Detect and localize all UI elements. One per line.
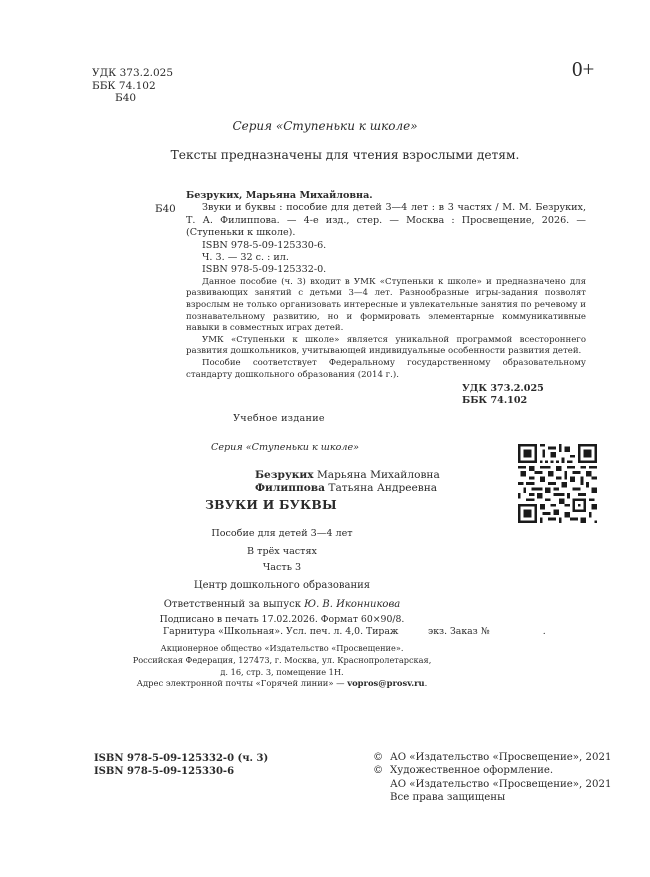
bibliographic-codes: УДК 373.2.025 ББК 74.102 <box>462 383 544 407</box>
parts-count: В трёх частях <box>0 546 650 557</box>
part-pages: Ч. 3. — 32 с. : ил. <box>186 252 586 264</box>
publisher-address: Акционерное общество «Издательство «Прос… <box>0 642 650 678</box>
isbn-line: ISBN 978-5-09-125330-6 <box>94 765 268 778</box>
responsible-editor: Ответственный за выпуск Ю. В. Иконникова <box>0 599 650 610</box>
qr-code-icon[interactable] <box>518 444 597 523</box>
typeface-info: Гарнитура «Школьная». Усл. печ. л. 4,0. … <box>163 626 546 637</box>
isbn-line: ISBN 978-5-09-125332-0 (ч. 3) <box>94 752 268 765</box>
print-signed: Подписано в печать 17.02.2026. Формат 60… <box>0 614 650 625</box>
hotline-email: Адрес электронной почты «Горячей линии» … <box>0 678 650 688</box>
edition-type: Учебное издание <box>0 413 650 424</box>
bbk-code: ББК 74.102 <box>462 395 544 407</box>
udk-code: УДК 373.2.025 <box>462 383 544 395</box>
email-link[interactable]: vopros@prosv.ru <box>347 678 424 688</box>
audience-note: Тексты предназначены для чтения взрослым… <box>0 148 650 162</box>
author-mark: Б40 <box>92 92 173 105</box>
classification-codes: УДК 373.2.025 ББК 74.102 Б40 <box>92 67 173 105</box>
authors-list: Безруких Марьяна Михайловна Филиппова Та… <box>255 469 440 495</box>
isbn-part: ISBN 978-5-09-125332-0. <box>186 264 586 276</box>
part-number: Часть 3 <box>0 562 650 573</box>
copyright-icon: © <box>373 751 390 764</box>
series-line: Серия «Ступеньки к школе» <box>0 119 650 133</box>
annotation-paragraph: УМК «Ступеньки к школе» является уникаль… <box>186 335 586 358</box>
isbn-set: ISBN 978-5-09-125330-6. <box>186 240 586 252</box>
copyright-icon: © <box>373 764 390 777</box>
udk-code: УДК 373.2.025 <box>92 67 173 80</box>
bibliographic-record: Безруких, Марьяна Михайловна. Звуки и бу… <box>186 190 586 381</box>
annotation-paragraph: Пособие соответствует Федеральному госуд… <box>186 358 586 381</box>
publishing-center: Центр дошкольного образования <box>0 580 650 591</box>
bbk-code: ББК 74.102 <box>92 80 173 93</box>
age-rating: 0+ <box>572 57 594 82</box>
author-heading: Безруких, Марьяна Михайловна. <box>186 190 586 202</box>
footer-isbn: ISBN 978-5-09-125332-0 (ч. 3) ISBN 978-5… <box>94 752 268 778</box>
author-line: Филиппова Татьяна Андреевна <box>255 482 440 495</box>
bibliographic-description: Звуки и буквы : пособие для детей 3—4 ле… <box>186 202 586 239</box>
copyright-block: ©АО «Издательство «Просвещение», 2021 ©Х… <box>373 751 611 805</box>
book-subtitle: Пособие для детей 3—4 лет <box>0 528 650 539</box>
author-line: Безруких Марьяна Михайловна <box>255 469 440 482</box>
bibliographic-author-mark: Б40 <box>155 203 176 215</box>
annotation-paragraph: Данное пособие (ч. 3) входит в УМК «Ступ… <box>186 277 586 335</box>
